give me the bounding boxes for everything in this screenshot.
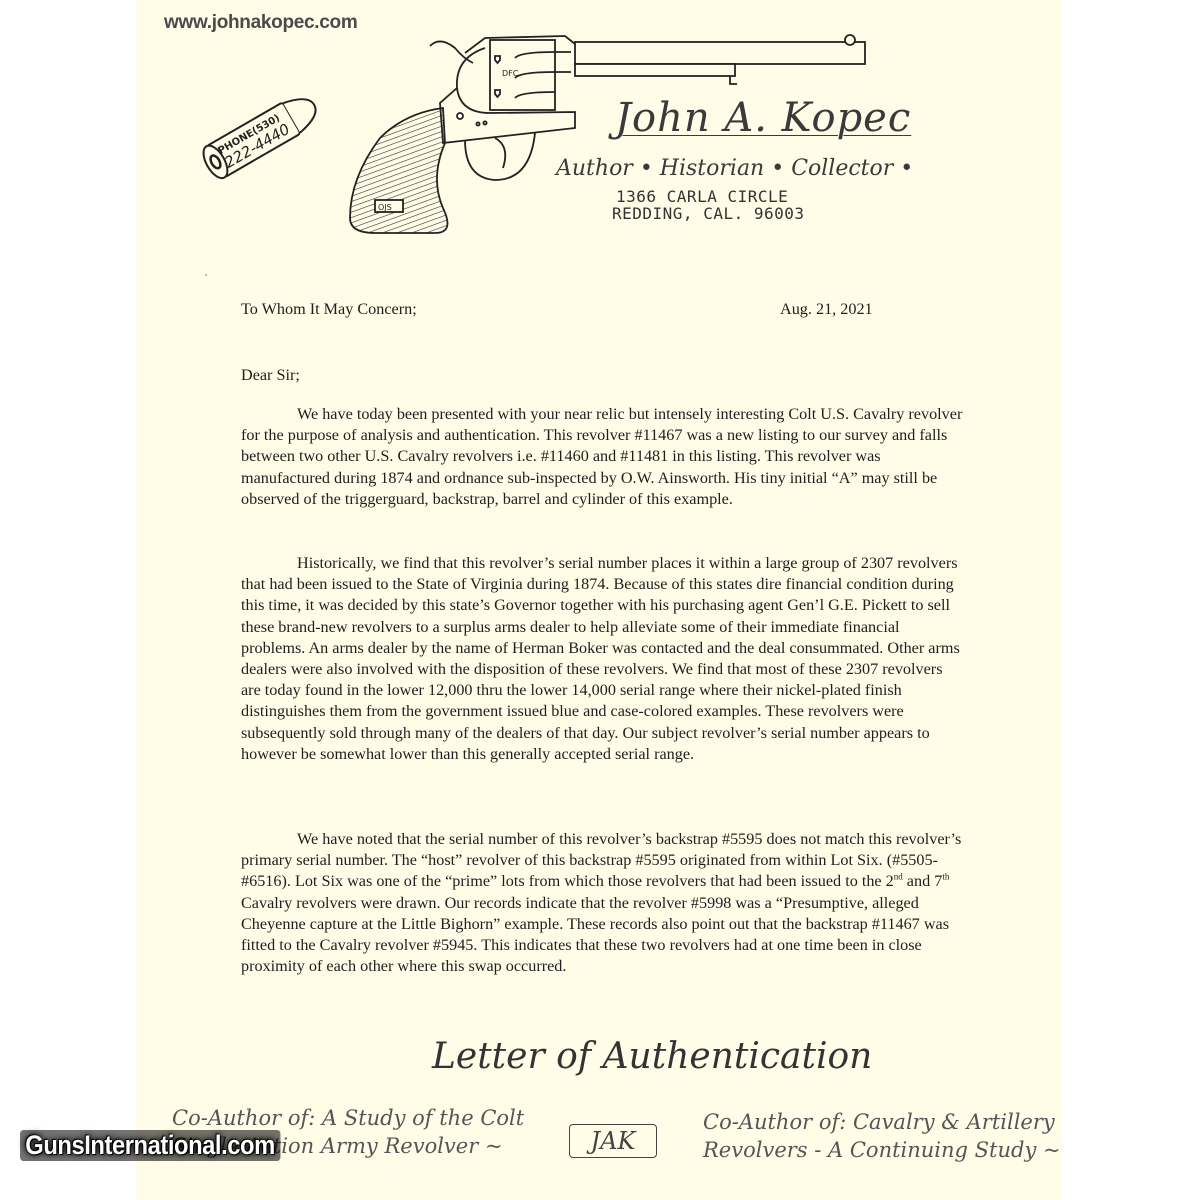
scan-speck (205, 274, 207, 276)
letterhead-roles: Author • Historian • Collector • (556, 156, 913, 181)
letter-date: Aug. 21, 2021 (780, 300, 873, 319)
address-line-2: REDDING, CAL. 96003 (612, 205, 805, 222)
cartridge-phone-icon: PHONE(530) 222-4440 (190, 90, 330, 180)
paragraph-3-part-1: We have noted that the serial number of … (241, 830, 961, 890)
coauthor-right-line-2: Revolvers - A Continuing Study ~ (703, 1136, 1063, 1164)
address-line-1: 1366 CARLA CIRCLE (612, 188, 805, 205)
paragraph-3: We have noted that the serial number of … (241, 829, 963, 977)
website-url: www.johnakopec.com (164, 12, 357, 34)
coauthor-credit-right: Co-Author of: Cavalry & Artillery Revolv… (703, 1108, 1063, 1164)
ordinal-suffix: nd (894, 872, 903, 882)
greeting: Dear Sir; (241, 366, 300, 385)
paragraph-3-part-3: Cavalry revolvers were drawn. Our record… (241, 894, 949, 976)
letterhead-name: John A. Kopec (615, 95, 911, 141)
coauthor-left-line-1: Co-Author of: A Study of the Colt (172, 1104, 532, 1132)
ordinal-suffix: th (942, 872, 949, 882)
letterhead-address: 1366 CARLA CIRCLE REDDING, CAL. 96003 (612, 188, 805, 222)
paragraph-2: Historically, we find that this revolver… (241, 553, 963, 765)
svg-text:DFC: DFC (502, 69, 519, 78)
gunsinternational-watermark: GunsInternational.com (20, 1130, 280, 1161)
paragraph-1: We have today been presented with your n… (241, 404, 963, 510)
paragraph-3-part-2: and 7 (903, 872, 943, 890)
svg-text:OJS: OJS (378, 203, 392, 212)
salutation: To Whom It May Concern; (241, 300, 417, 319)
letter-of-authentication-title: Letter of Authentication (432, 1036, 872, 1077)
jak-monogram: JAK (569, 1124, 657, 1158)
coauthor-right-line-1: Co-Author of: Cavalry & Artillery (703, 1108, 1063, 1136)
